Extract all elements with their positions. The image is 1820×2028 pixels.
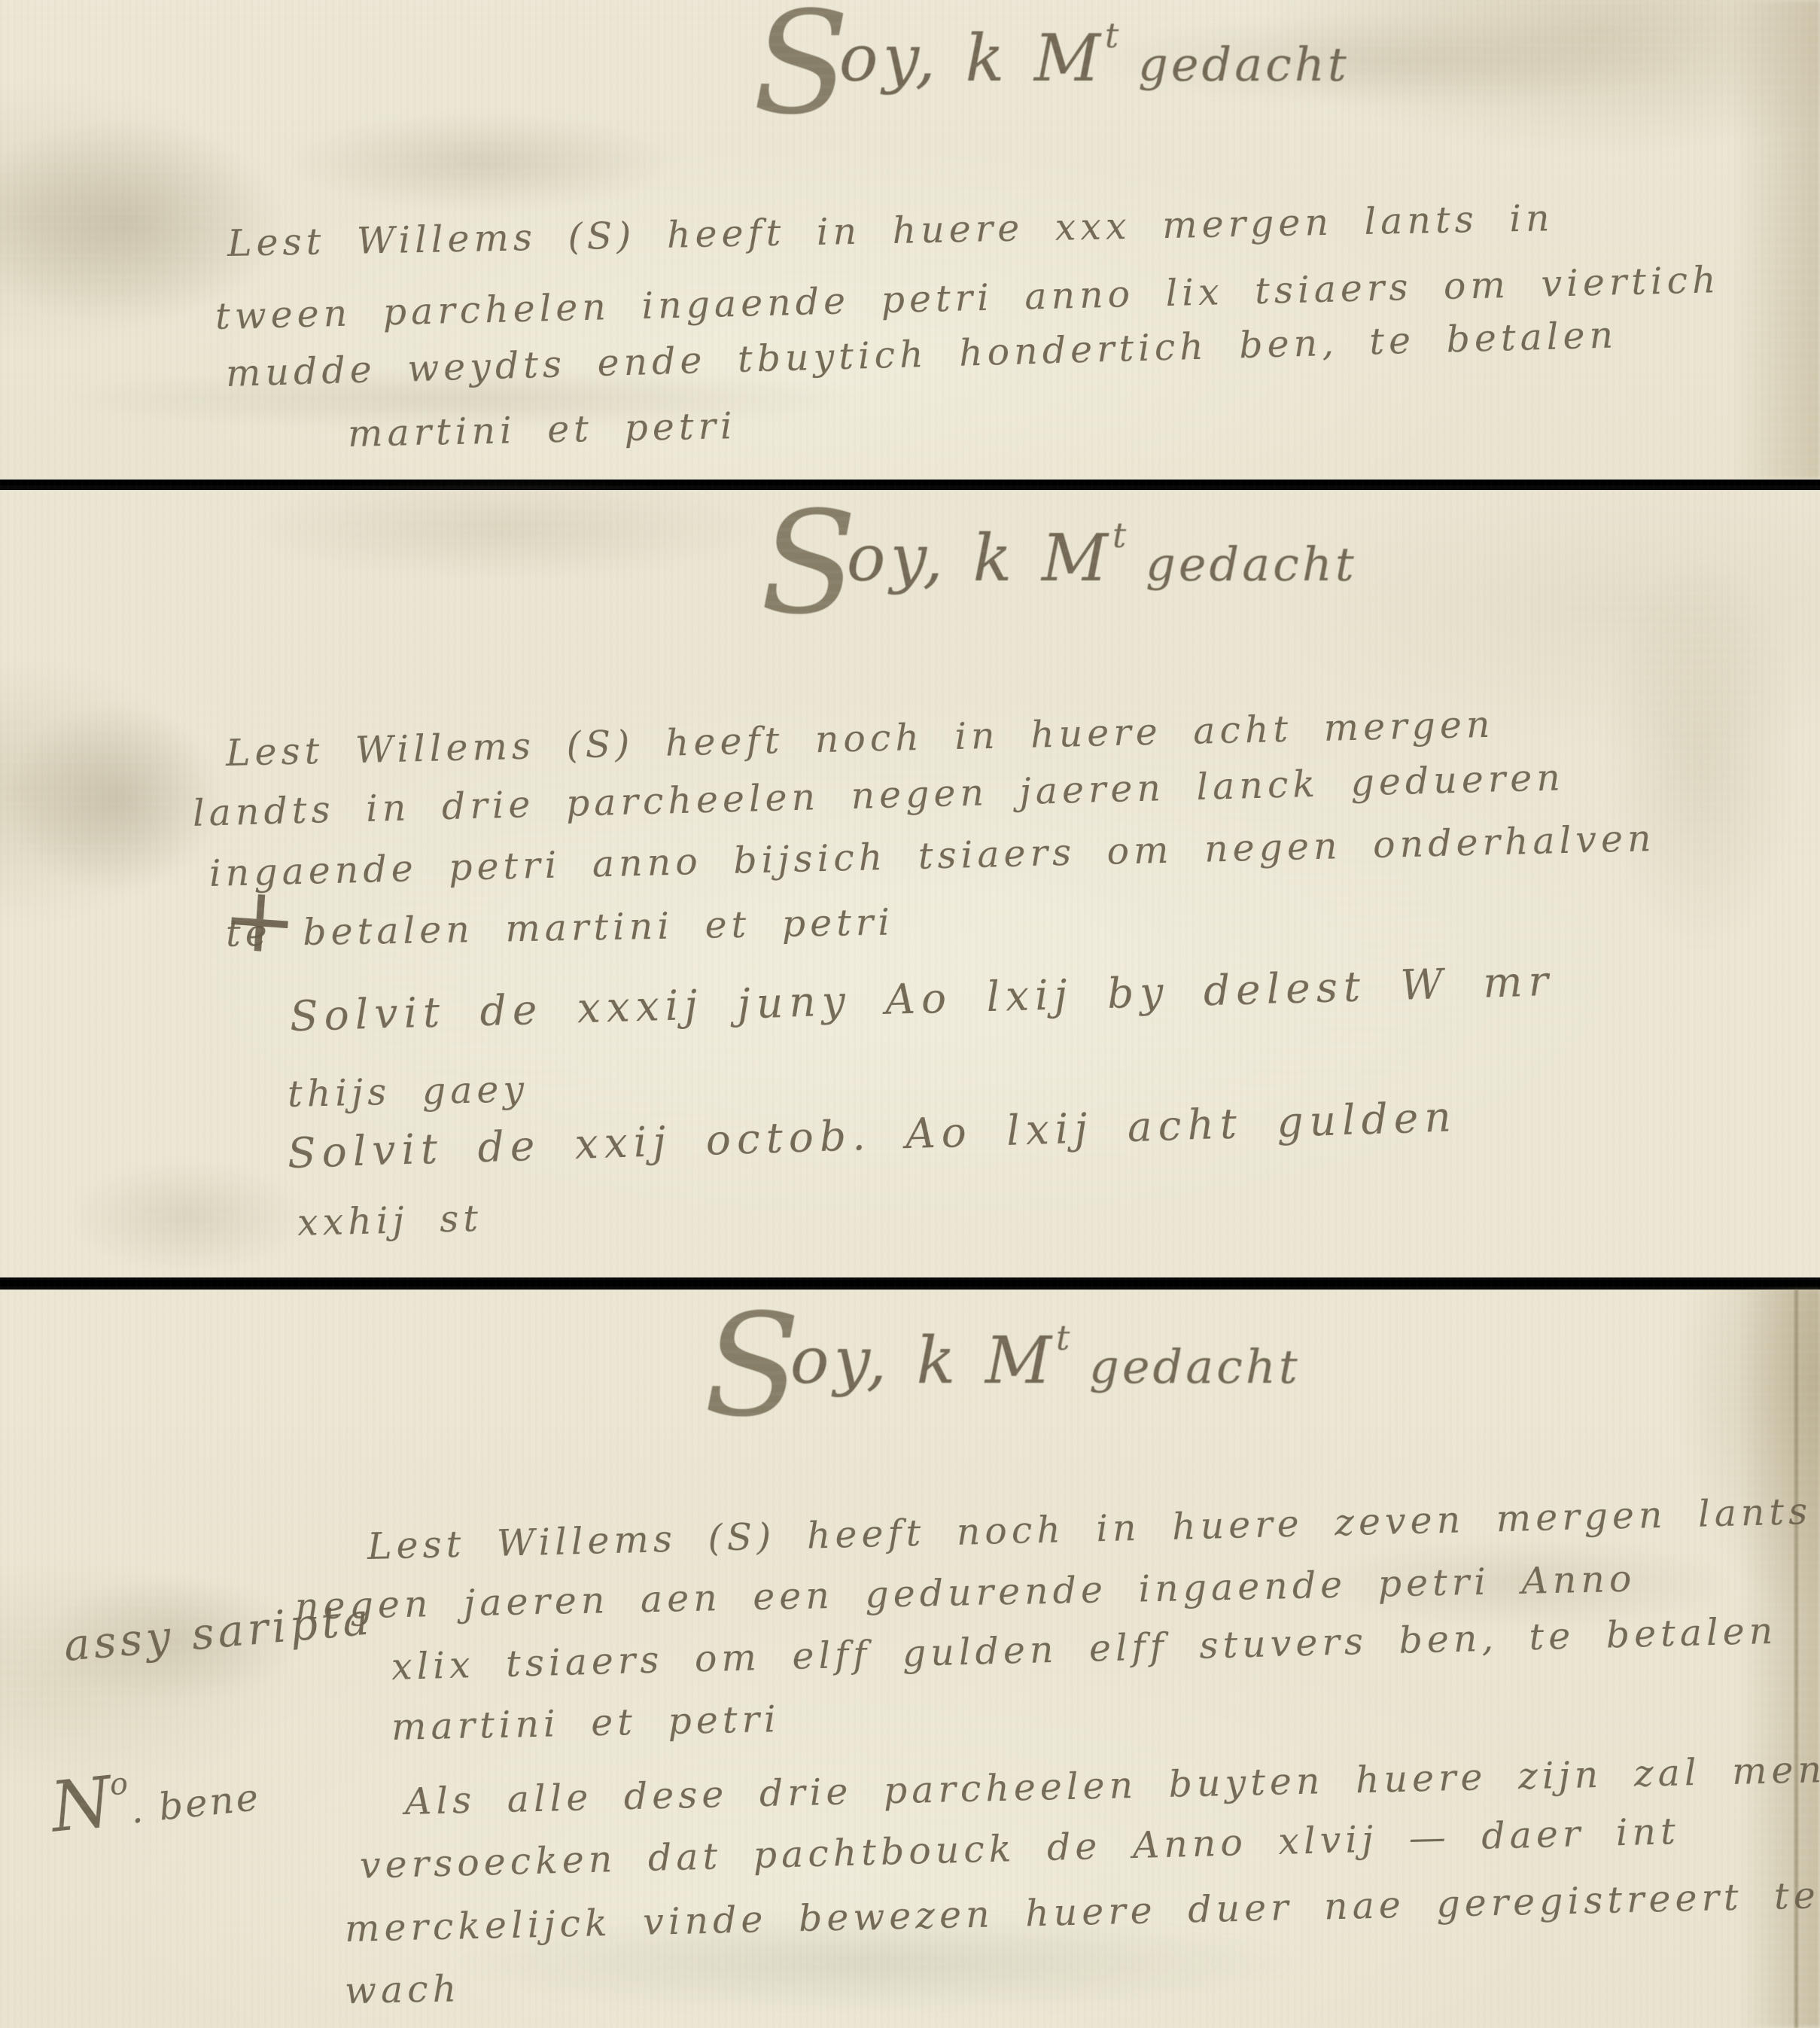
bleed-through-stain: [286, 113, 677, 211]
bleed-through-stain: [1603, 558, 1799, 949]
heading-text: oy, k M: [839, 21, 1105, 96]
heading-tail: gedacht: [1071, 1339, 1300, 1394]
manuscript-line: thijs gaey: [287, 1067, 528, 1116]
manuscript-line: martini et petri: [391, 1698, 781, 1749]
heading-superscript: t: [1112, 515, 1128, 556]
entry-heading: Soy, k Mt gedacht: [753, 21, 1350, 96]
black-divider-bar: [0, 1277, 1820, 1290]
nota-bene-initial: N: [47, 1762, 115, 1848]
heading-swash-initial: S: [760, 481, 857, 646]
entry-heading: Soy, k Mt gedacht: [760, 521, 1357, 596]
manuscript-line: wach: [345, 1967, 461, 2012]
manuscript-scan-page: Soy, k Mt gedacht Lest Willems (S) heeft…: [0, 0, 1820, 2028]
heading-superscript: t: [1105, 15, 1121, 56]
nota-bene-text: . bene: [129, 1775, 263, 1832]
heading-text: oy, k M: [790, 1323, 1056, 1399]
heading-tail: gedacht: [1128, 537, 1356, 592]
entry-heading: Soy, k Mt gedacht: [704, 1323, 1301, 1399]
manuscript-line: martini et petri: [347, 404, 737, 455]
nota-bene-superscript: o: [108, 1766, 129, 1802]
heading-text: oy, k M: [847, 521, 1112, 596]
bleed-through-stain: [241, 475, 768, 580]
bleed-through-stain: [68, 1160, 309, 1273]
black-divider-bar: [0, 480, 1820, 490]
paper-edge-shading: [1731, 0, 1820, 480]
heading-tail: gedacht: [1120, 37, 1349, 92]
heading-swash-initial: S: [704, 1283, 801, 1448]
manuscript-line: xxhij st: [297, 1197, 482, 1244]
heading-superscript: t: [1056, 1317, 1072, 1358]
heading-swash-initial: S: [753, 0, 850, 146]
